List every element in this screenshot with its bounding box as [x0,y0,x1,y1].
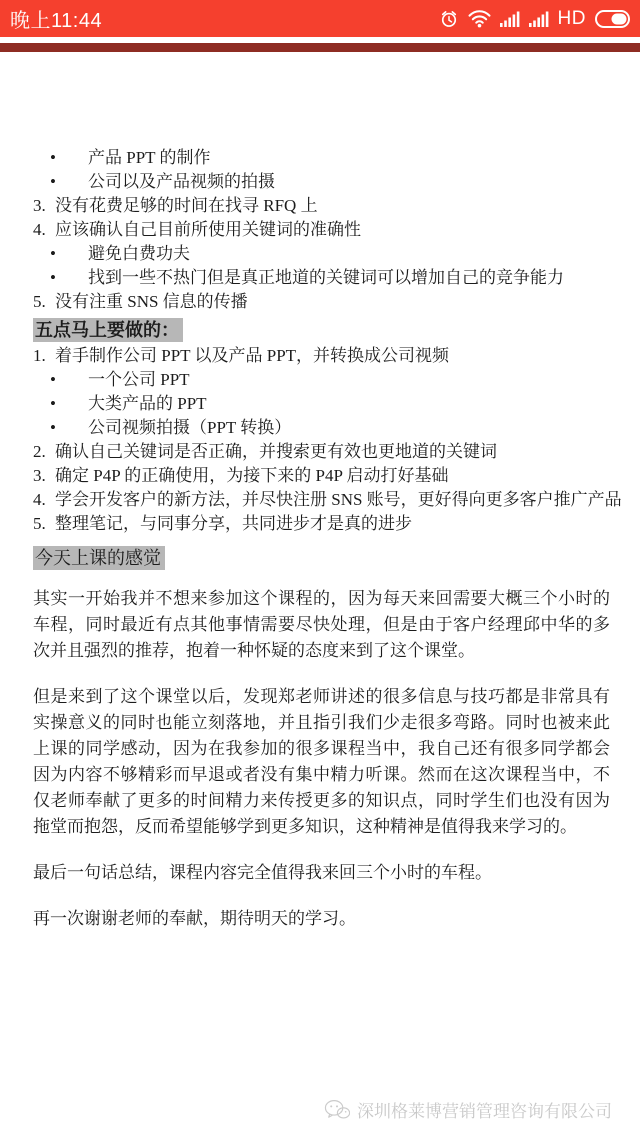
list-item: 4. 学会开发客户的新方法，并尽快注册 SNS 账号，更好得向更多客户推广产品 [33,488,610,512]
list-remaining-issues: • 产品 PPT 的制作 • 公司以及产品视频的拍摄 3. 没有花费足够的时间在… [33,146,610,314]
list-marker: 2. [33,440,46,464]
signal-icon-sim2 [529,10,549,27]
list-item-text: 一个公司 PPT [88,370,190,389]
list-item: 2. 确认自己关键词是否正确，并搜索更有效也更地道的关键词 [33,440,610,464]
paragraph: 再一次谢谢老师的奉献，期待明天的学习。 [33,906,610,932]
list-marker: 4. [33,488,46,512]
list-item: • 找到一些不热门但是真正地道的关键词可以增加自己的竞争能力 [33,266,610,290]
battery-icon [595,10,630,28]
list-item-text: 没有注重 SNS 信息的传播 [55,292,248,311]
list-item: • 大类产品的 PPT [33,392,610,416]
list-item-text: 学会开发客户的新方法，并尽快注册 SNS 账号，更好得向更多客户推广产品 [55,490,622,509]
document-page[interactable]: • 产品 PPT 的制作 • 公司以及产品视频的拍摄 3. 没有花费足够的时间在… [0,52,640,932]
list-marker: • [50,392,56,416]
list-item: 3. 没有花费足够的时间在找寻 RFQ 上 [33,194,610,218]
page-divider [0,43,640,52]
list-item-text: 确定 P4P 的正确使用，为接下来的 P4P 启动打好基础 [55,466,449,485]
list-item: • 公司以及产品视频的拍摄 [33,170,610,194]
wechat-logo-icon [324,1099,350,1121]
list-item: 5. 没有注重 SNS 信息的传播 [33,290,610,314]
heading-todo: 五点马上要做的： [33,318,183,342]
list-marker: 5. [33,290,46,314]
list-item: 3. 确定 P4P 的正确使用，为接下来的 P4P 启动打好基础 [33,464,610,488]
list-item-text: 产品 PPT 的制作 [88,148,211,167]
list-marker: • [50,242,56,266]
list-marker: • [50,416,56,440]
paragraph: 但是来到了这个课堂以后，发现郑老师讲述的很多信息与技巧都是非常具有实操意义的同时… [33,684,610,840]
list-marker: 4. [33,218,46,242]
list-item-text: 避免白费功夫 [88,244,190,263]
list-item-text: 公司以及产品视频的拍摄 [88,172,275,191]
heading-todo-row: 五点马上要做的： [33,318,610,344]
list-item-text: 公司视频拍摄（PPT 转换） [88,418,291,437]
list-item: • 公司视频拍摄（PPT 转换） [33,416,610,440]
list-marker: • [50,368,56,392]
phone-screen: 晚上11:44 [0,0,640,932]
list-marker: 5. [33,512,46,536]
list-marker: • [50,146,56,170]
status-bar: 晚上11:44 [0,0,640,37]
list-item: • 避免白费功夫 [33,242,610,266]
heading-feeling-row: 今天上课的感觉 [33,546,610,572]
list-marker: 3. [33,464,46,488]
list-item-text: 应该确认自己目前所使用关键词的准确性 [55,220,361,239]
paragraph: 最后一句话总结，课程内容完全值得我来回三个小时的车程。 [33,860,610,886]
footer-watermark: 深圳格莱博营销管理咨询有限公司 [324,1097,612,1122]
company-name: 深圳格莱博营销管理咨询有限公司 [357,1097,612,1122]
list-item-text: 着手制作公司 PPT 以及产品 PPT，并转换成公司视频 [55,346,449,365]
paragraph: 其实一开始我并不想来参加这个课程的，因为每天来回需要大概三个小时的车程，同时最近… [33,586,610,664]
list-item-text: 没有花费足够的时间在找寻 RFQ 上 [55,196,318,215]
heading-feeling: 今天上课的感觉 [33,546,165,570]
list-marker: • [50,266,56,290]
list-item: • 产品 PPT 的制作 [33,146,610,170]
list-marker: 1. [33,344,46,368]
list-item-text: 找到一些不热门但是真正地道的关键词可以增加自己的竞争能力 [88,268,564,287]
signal-icon-sim1 [500,10,520,27]
wifi-icon [468,9,491,28]
list-item: 4. 应该确认自己目前所使用关键词的准确性 [33,218,610,242]
list-item-text: 确认自己关键词是否正确，并搜索更有效也更地道的关键词 [55,442,497,461]
alarm-icon [439,9,459,29]
list-item: 1. 着手制作公司 PPT 以及产品 PPT，并转换成公司视频 [33,344,610,368]
list-marker: 3. [33,194,46,218]
paragraphs: 其实一开始我并不想来参加这个课程的，因为每天来回需要大概三个小时的车程，同时最近… [33,586,610,932]
list-marker: • [50,170,56,194]
hd-indicator: HD [558,8,586,30]
status-time: 晚上11:44 [10,4,102,33]
list-todo-five: 1. 着手制作公司 PPT 以及产品 PPT，并转换成公司视频 • 一个公司 P… [33,344,610,536]
list-item-text: 整理笔记，与同事分享，共同进步才是真的进步 [55,514,412,533]
list-item: • 一个公司 PPT [33,368,610,392]
list-item-text: 大类产品的 PPT [88,394,207,413]
status-icons: HD [439,8,630,30]
list-item: 5. 整理笔记，与同事分享，共同进步才是真的进步 [33,512,610,536]
